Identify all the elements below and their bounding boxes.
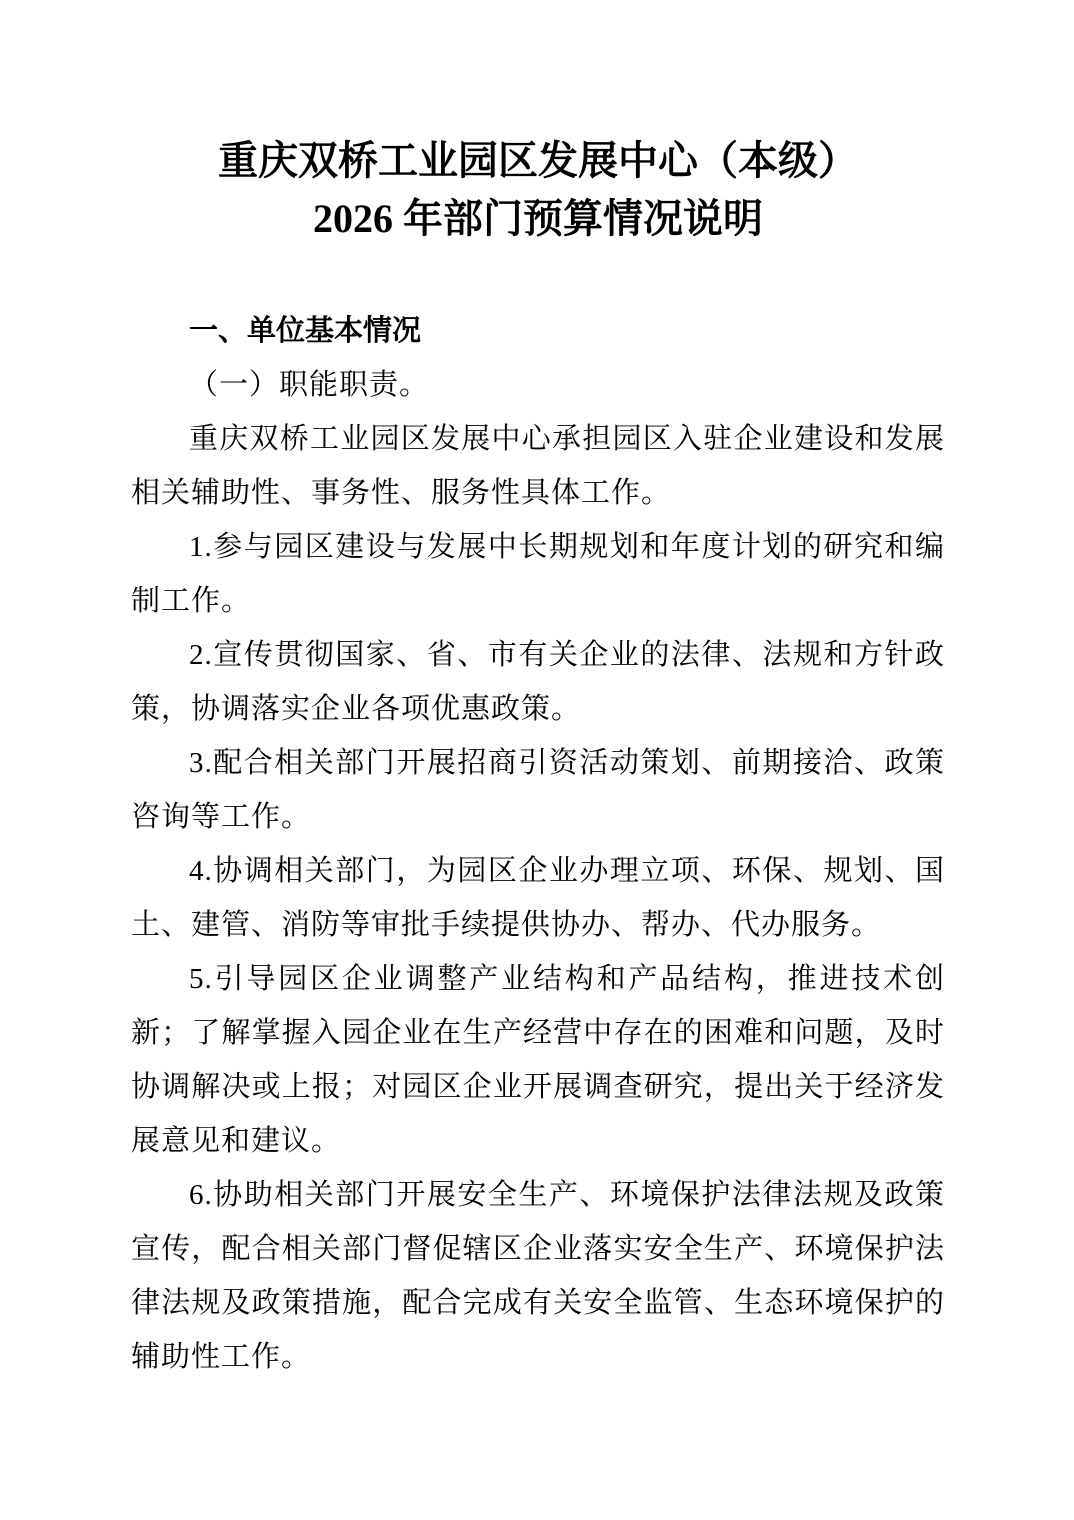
document-title: 重庆双桥工业园区发展中心（本级） 2026 年部门预算情况说明 xyxy=(131,132,945,248)
paragraph-duty-6-safety-environment: 6.协助相关部门开展安全生产、环境保护法律法规及政策宣传，配合相关部门督促辖区企… xyxy=(131,1168,945,1384)
document-title-line-2: 2026 年部门预算情况说明 xyxy=(131,190,945,248)
paragraph-functions-overview: 重庆双桥工业园区发展中心承担园区入驻企业建设和发展相关辅助性、事务性、服务性具体… xyxy=(131,412,945,520)
paragraph-duty-1-planning: 1.参与园区建设与发展中长期规划和年度计划的研究和编制工作。 xyxy=(131,520,945,628)
paragraph-duty-3-investment-promotion: 3.配合相关部门开展招商引资活动策划、前期接洽、政策咨询等工作。 xyxy=(131,736,945,844)
paragraph-duty-2-policy-publicity: 2.宣传贯彻国家、省、市有关企业的法律、法规和方针政策，协调落实企业各项优惠政策… xyxy=(131,628,945,736)
paragraph-duty-5-industry-guidance: 5.引导园区企业调整产业结构和产品结构，推进技术创新；了解掌握入园企业在生产经营… xyxy=(131,952,945,1168)
paragraph-duty-4-approval-services: 4.协调相关部门，为园区企业办理立项、环保、规划、国土、建管、消防等审批手续提供… xyxy=(131,844,945,952)
section-heading-basic-information: 一、单位基本情况 xyxy=(131,304,945,358)
document-page: 重庆双桥工业园区发展中心（本级） 2026 年部门预算情况说明 一、单位基本情况… xyxy=(0,0,1074,1520)
document-title-line-1: 重庆双桥工业园区发展中心（本级） xyxy=(131,132,945,190)
subsection-heading-functions-duties: （一）职能职责。 xyxy=(131,358,945,412)
